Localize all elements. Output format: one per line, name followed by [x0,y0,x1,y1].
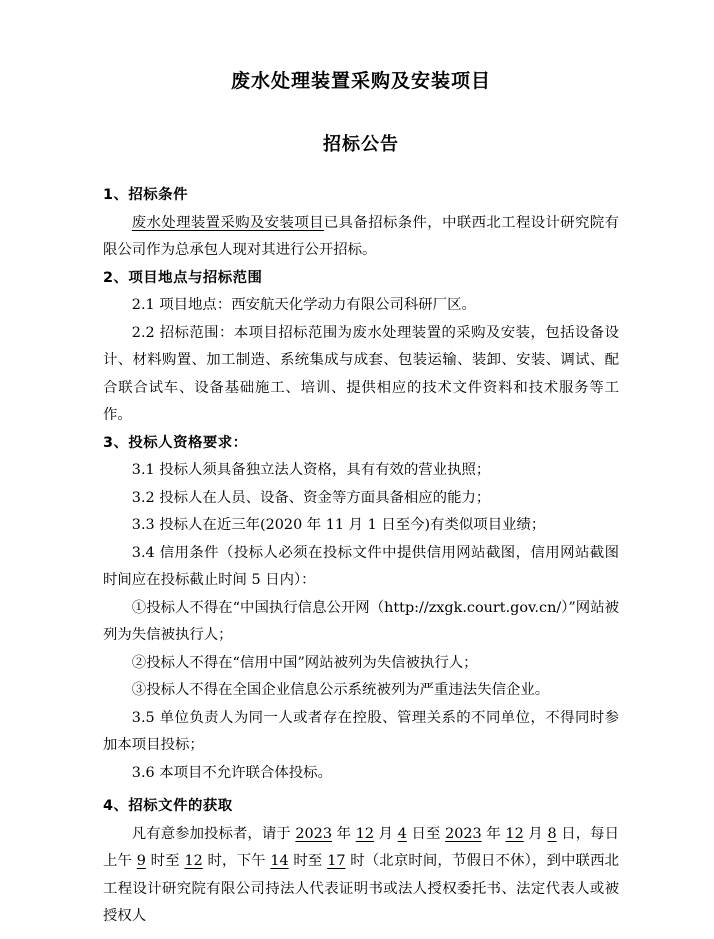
document-title: 废水处理装置采购及安装项目 [103,68,619,94]
document-subtitle: 招标公告 [103,132,619,157]
doc-body: 1、招标条件废水处理装置采购及安装项目已具备招标条件，中联西北工程设计研究院有限… [103,182,619,931]
text-segment: 3.3 投标人在近三年(2020 年 11 月 1 日至今)有类似项目业绩； [132,517,545,533]
text-segment: 3.2 投标人在人员、设备、资金等方面具备相应的能力； [132,490,490,506]
underlined-text: 12 [356,826,374,842]
section-2-heading: 2、项目地点与招标范围 [103,265,619,293]
clause-2-1: 2.1 项目地点：西安航天化学动力有限公司科研厂区。 [103,292,619,320]
credit-condition-1: ①投标人不得在“中国执行信息公开网（http://zxgk.court.gov.… [103,595,619,650]
underlined-text: 12 [184,853,202,869]
text-segment: ①投标人不得在“中国执行信息公开网（http://zxgk.court.gov.… [103,600,619,644]
credit-condition-3: ③投标人不得在全国企业信息公示系统被列为严重违法失信企业。 [103,677,619,705]
text-segment: 2.2 招标范围：本项目招标范围为废水处理装置的采购及安装，包括设备设计、材料购… [103,325,619,424]
underlined-text: 9 [137,853,146,869]
text-segment: 3、投标人资格要求： [103,435,248,451]
section-3-heading: 3、投标人资格要求： [103,430,619,458]
clause-3-1: 3.1 投标人须具备独立法人资格，具有有效的营业执照； [103,457,619,485]
text-segment: 年 [332,826,356,842]
section-1-paragraph: 废水处理装置采购及安装项目已具备招标条件，中联西北工程设计研究院有限公司作为总承… [103,210,619,265]
text-segment: 3.6 本项目不允许联合体投标。 [132,765,332,781]
text-segment: 2、项目地点与招标范围 [103,270,262,286]
text-segment: 时至 [289,853,328,869]
underlined-text: 14 [270,853,288,869]
clause-3-3: 3.3 投标人在近三年(2020 年 11 月 1 日至今)有类似项目业绩； [103,512,619,540]
credit-condition-2: ②投标人不得在“信用中国”网站被列为失信被执行人； [103,650,619,678]
underlined-text: 2023 [445,826,482,842]
text-segment: 时至 [146,853,185,869]
page: 废水处理装置采购及安装项目 招标公告 1、招标条件废水处理装置采购及安装项目已具… [0,0,714,939]
text-segment: 3.4 信用条件（投标人必须在投标文件中提供信用网站截图，信用网站截图时间应在投… [103,545,619,589]
clause-3-4: 3.4 信用条件（投标人必须在投标文件中提供信用网站截图，信用网站截图时间应在投… [103,540,619,595]
text-segment: 2.1 项目地点：西安航天化学动力有限公司科研厂区。 [132,297,476,313]
text-segment: 月 [524,826,548,842]
text-segment: ②投标人不得在“信用中国”网站被列为失信被执行人； [132,655,478,671]
text-segment: 3.1 投标人须具备独立法人资格，具有有效的营业执照； [132,462,490,478]
underlined-text: 废水处理装置采购及安装项目 [132,215,324,231]
text-segment: 月 [374,826,398,842]
underlined-text: 2023 [295,826,332,842]
underlined-text: 4 [398,826,407,842]
text-segment: 年 [482,826,506,842]
section-4-heading: 4、招标文件的获取 [103,793,619,821]
section-1-heading: 1、招标条件 [103,182,619,210]
clause-2-2: 2.2 招标范围：本项目招标范围为废水处理装置的采购及安装，包括设备设计、材料购… [103,320,619,430]
underlined-text: 17 [327,853,345,869]
clause-3-6: 3.6 本项目不允许联合体投标。 [103,760,619,788]
text-segment: 4、招标文件的获取 [103,798,233,814]
text-segment: 时，下午 [203,853,271,869]
text-segment: 凡有意参加投标者，请于 [132,826,296,842]
clause-3-2: 3.2 投标人在人员、设备、资金等方面具备相应的能力； [103,485,619,513]
text-segment: 1、招标条件 [103,187,188,203]
underlined-text: 12 [505,826,523,842]
text-segment: 3.5 单位负责人为同一人或者存在控股、管理关系的不同单位，不得同时参加本项目投… [103,710,619,754]
text-segment: ③投标人不得在全国企业信息公示系统被列为严重违法失信企业。 [132,682,549,698]
underlined-text: 8 [547,826,556,842]
clause-3-5: 3.5 单位负责人为同一人或者存在控股、管理关系的不同单位，不得同时参加本项目投… [103,705,619,760]
text-segment: 日至 [407,826,445,842]
section-4-paragraph: 凡有意参加投标者，请于 2023 年 12 月 4 日至 2023 年 12 月… [103,821,619,931]
